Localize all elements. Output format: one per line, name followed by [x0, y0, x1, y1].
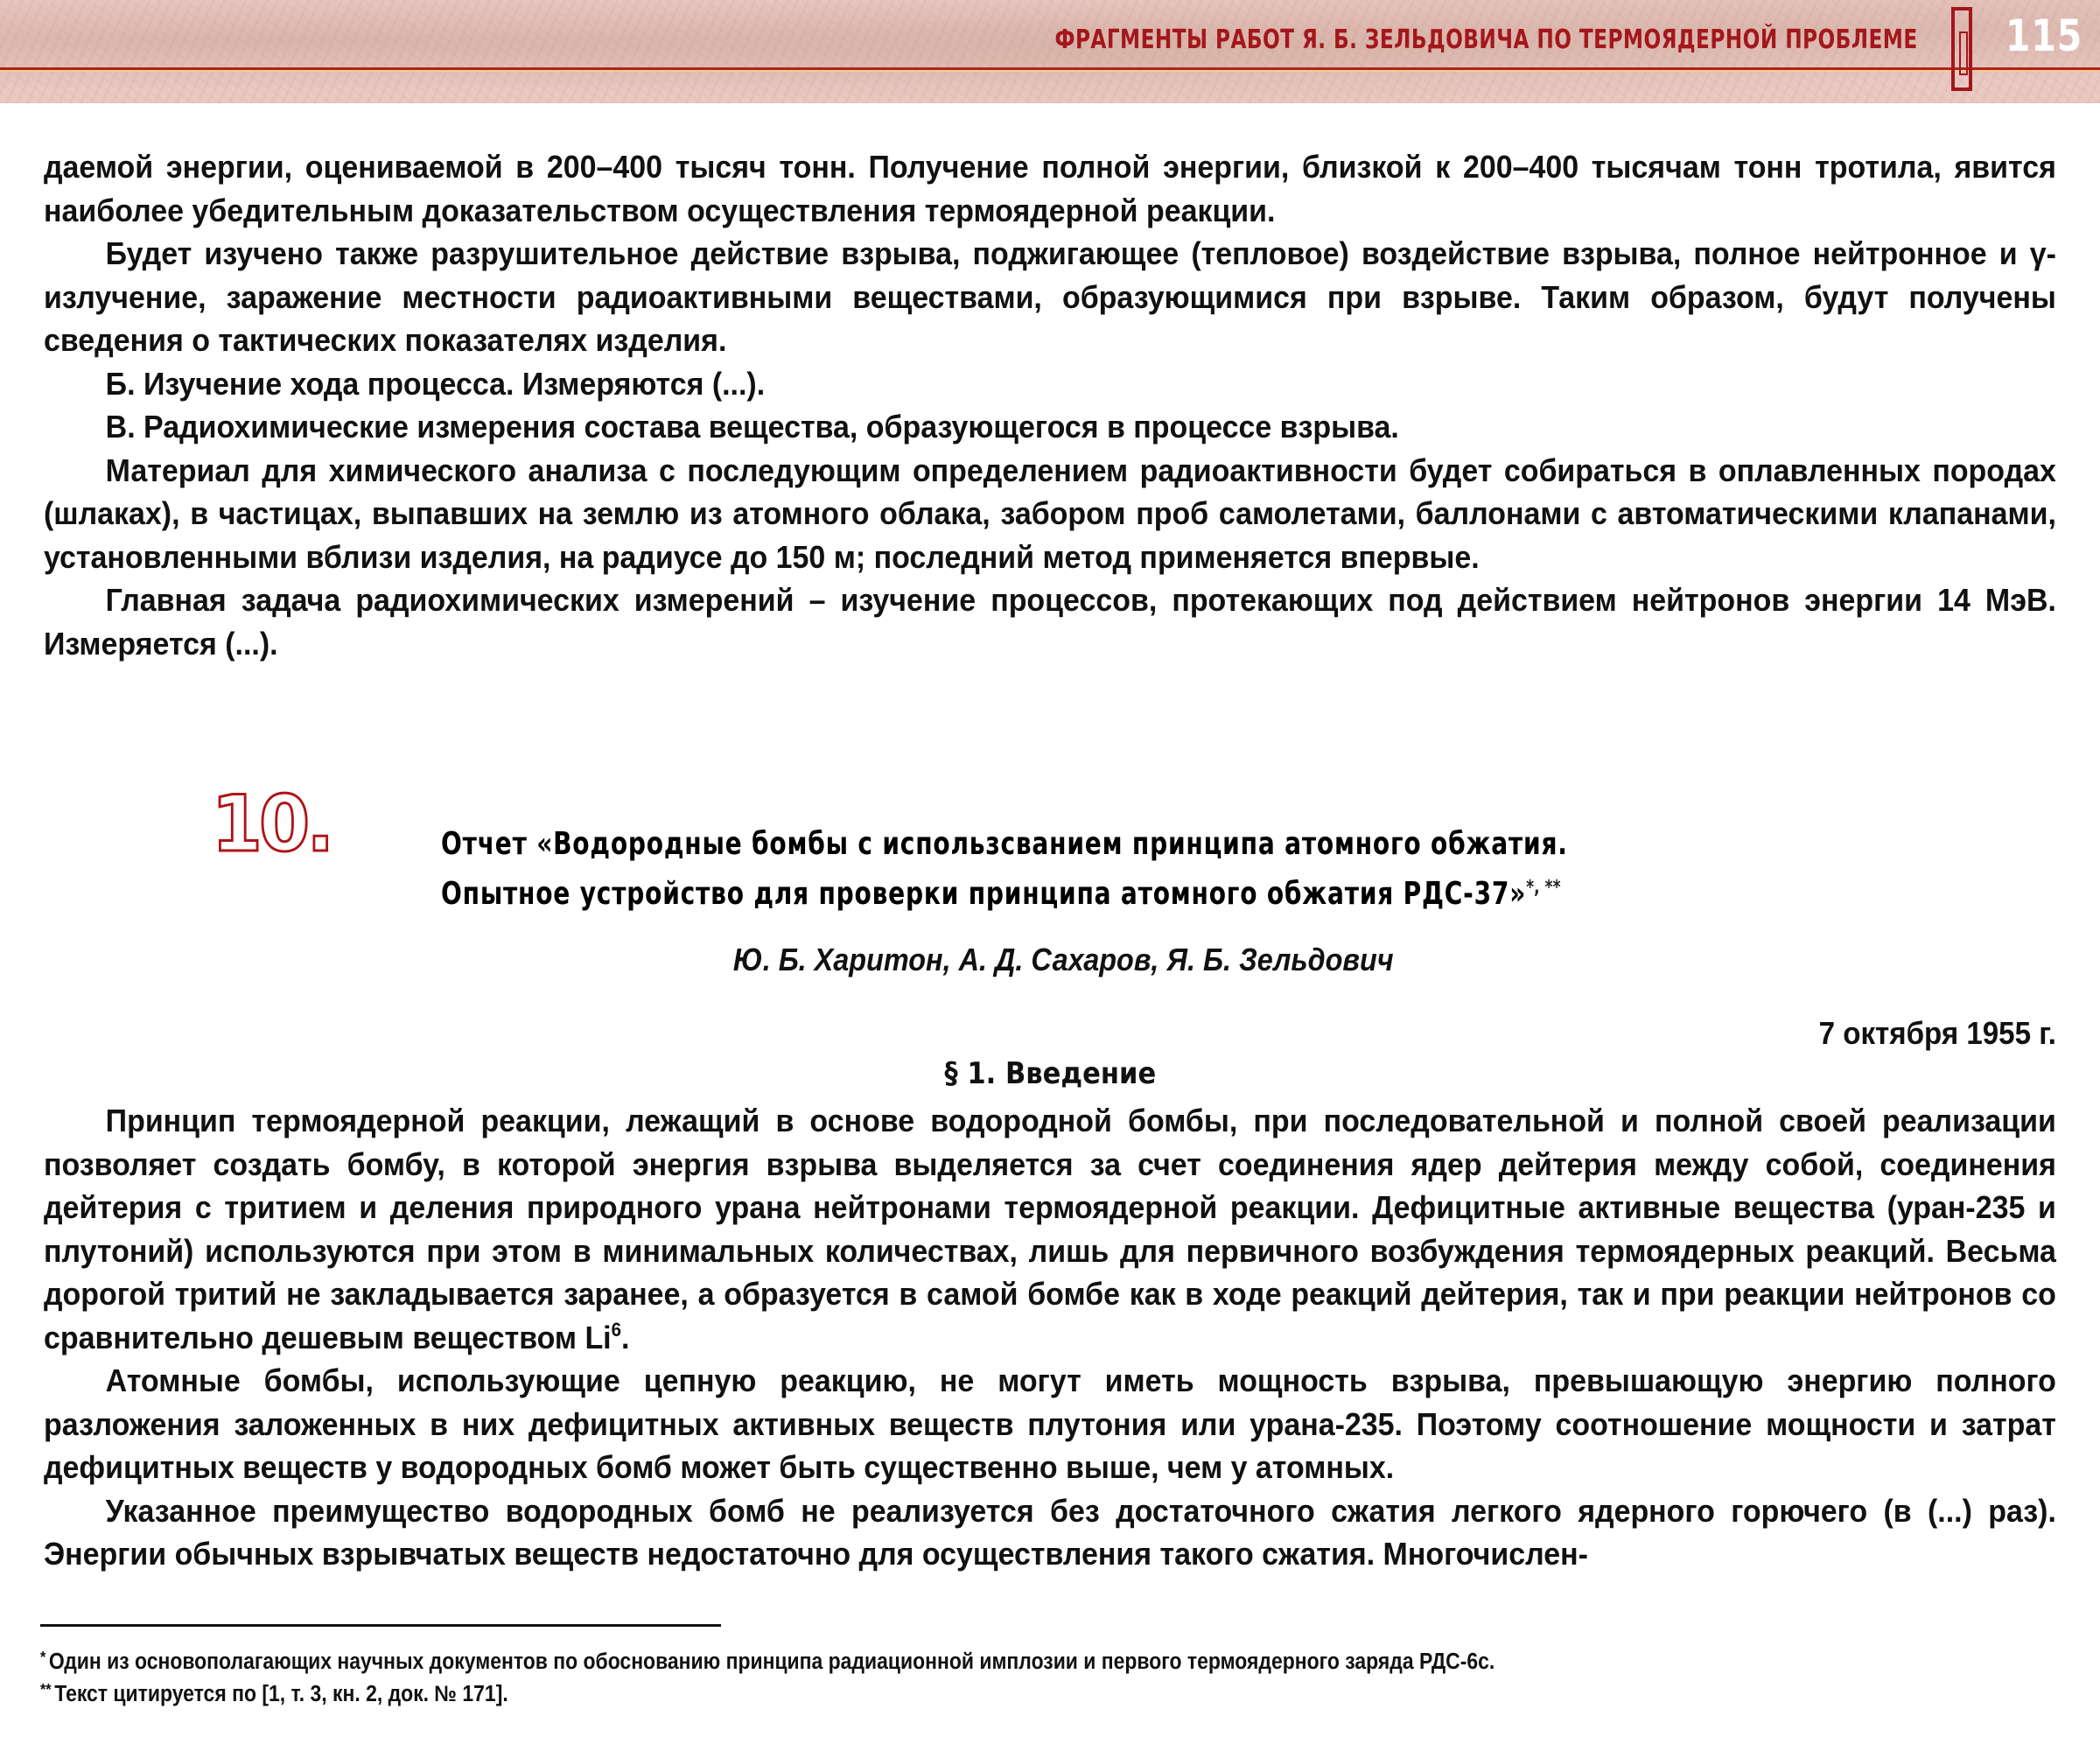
paragraph: Материал для химического анализа с после… [44, 449, 2056, 579]
section-number: 10. [212, 786, 332, 863]
body-text-introduction: Принцип термоядерной реакции, лежащий в … [44, 1099, 2056, 1576]
authors-text: Ю. Б. Харитон, А. Д. Сахаров, Я. Б. Зель… [733, 942, 1394, 978]
running-title: Фрагменты работ Я. Б. Зельдовича по терм… [1055, 25, 1918, 55]
section-heading: § 1. Введение [0, 1056, 2100, 1091]
page-marker-icon [1951, 7, 1972, 91]
footnote-text: Текст цитируется по [1, т. 3, кн. 2, док… [54, 1682, 507, 1706]
paragraph: Главная задача радиохимических измерений… [44, 578, 2056, 665]
header-rule [0, 67, 2100, 72]
document-title-line-2: Опытное устройство для проверки принципа… [441, 876, 1526, 912]
paragraph: Будет изучено также разрушительное дейст… [44, 232, 2056, 362]
paragraph-tail: . [621, 1320, 629, 1355]
superscript: 6 [612, 1319, 621, 1341]
footnote-marks: *, ** [1526, 877, 1560, 899]
footnote-mark: * [40, 1649, 45, 1666]
footnote: **Текст цитируется по [1, т. 3, кн. 2, д… [40, 1676, 1930, 1708]
paragraph: Б. Изучение хода процесса. Измеряются (.… [44, 362, 2056, 406]
section-heading-text: § 1. Введение [944, 1056, 1156, 1091]
paragraph-text: Принцип термоядерной реакции, лежащий в … [44, 1103, 2056, 1355]
page-number: 115 [2005, 11, 2082, 61]
authors: Ю. Б. Харитон, А. Д. Сахаров, Я. Б. Зель… [0, 942, 2100, 978]
footnotes: *Один из основополагающих научных докуме… [40, 1643, 1930, 1708]
footnote: *Один из основополагающих научных докуме… [40, 1643, 1930, 1676]
paragraph: В. Радиохимические измерения состава вещ… [44, 405, 2056, 449]
document-title: Отчет «Водородные бомбы с использсванием… [441, 823, 1635, 916]
paragraph: Атомные бомбы, использующие цепную реакц… [44, 1359, 2056, 1489]
footnote-mark: ** [40, 1681, 52, 1698]
document-title-line-1: Отчет «Водородные бомбы с использсванием… [441, 823, 1635, 866]
running-header: Фрагменты работ Я. Б. Зельдовича по терм… [0, 0, 2100, 103]
paragraph: Указанное преимущество водородных бомб н… [44, 1489, 2056, 1576]
paragraph: даемой энергии, оцениваемой в 200–400 ты… [44, 145, 2056, 232]
footnote-text: Один из основополагающих научных докумен… [49, 1649, 1494, 1674]
body-text-continued: даемой энергии, оцениваемой в 200–400 ты… [44, 145, 2056, 665]
footnote-divider [40, 1624, 721, 1627]
document-date: 7 октября 1955 г. [1819, 1015, 2056, 1052]
paragraph: Принцип термоядерной реакции, лежащий в … [44, 1099, 2056, 1359]
